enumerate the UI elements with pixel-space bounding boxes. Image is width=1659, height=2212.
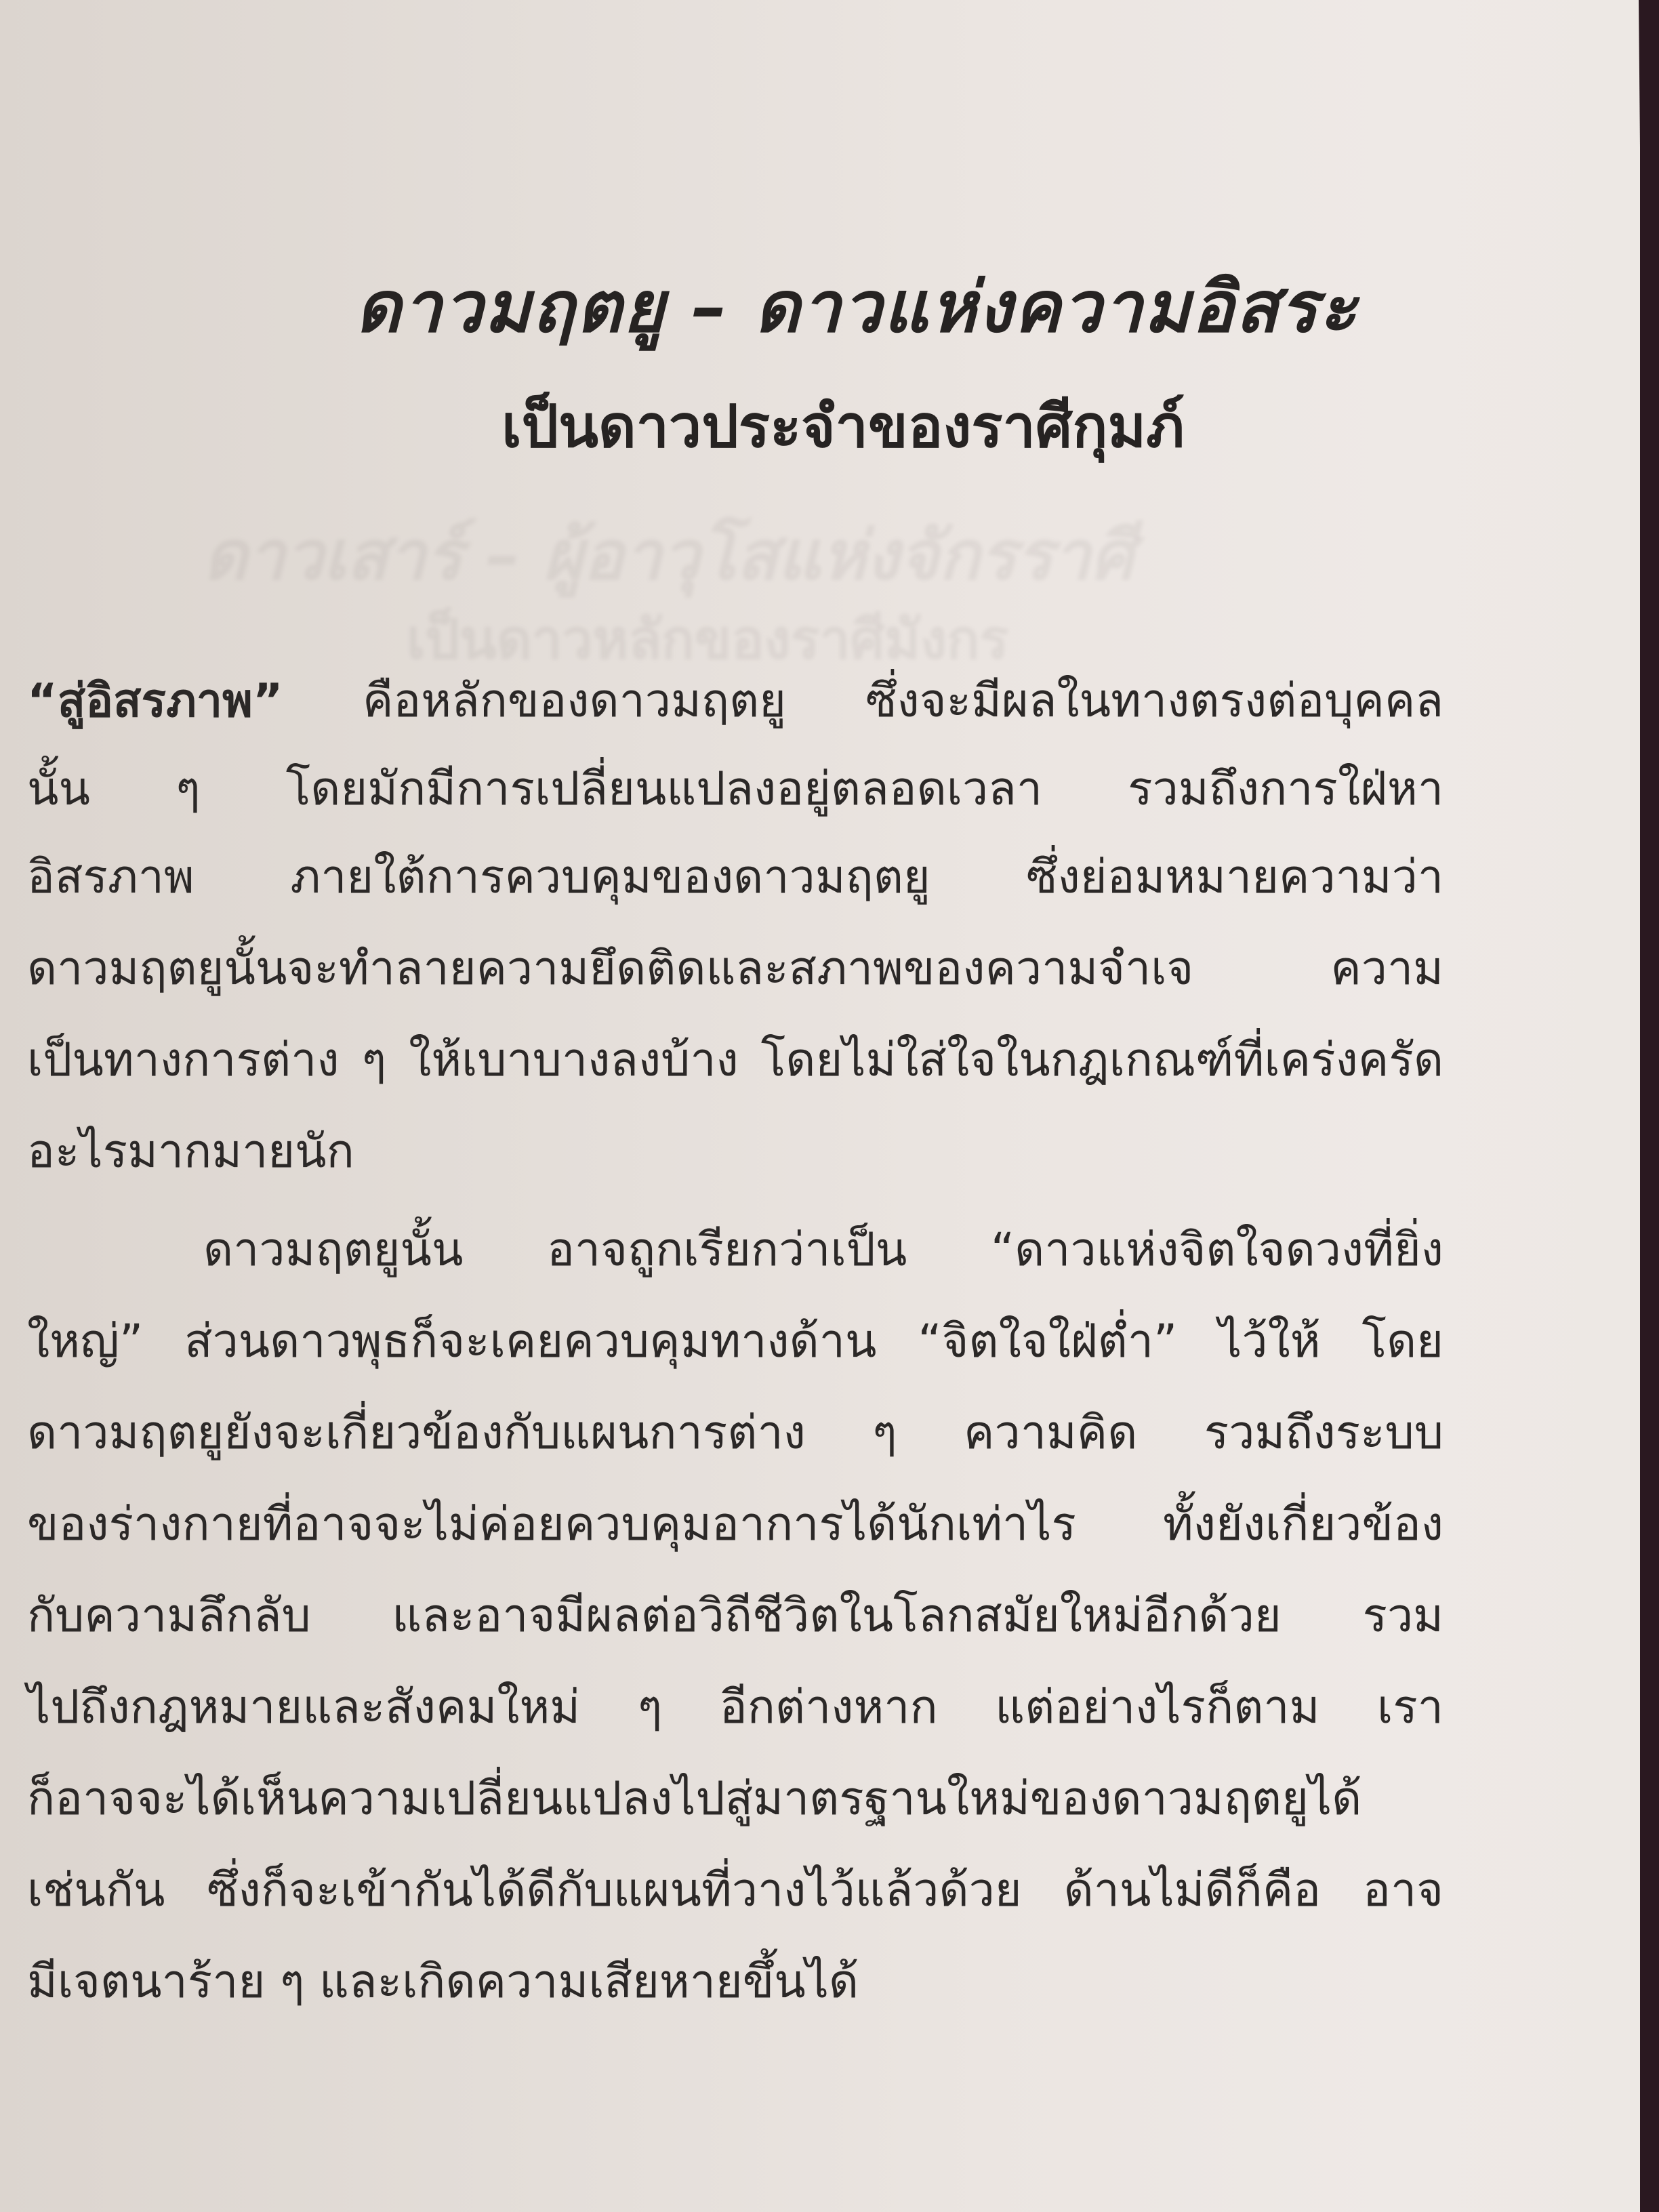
- paragraph-2-line-4: ของร่างกายที่อาจจะไม่ค่อยควบคุมอาการได้น…: [27, 1484, 1443, 1565]
- line-text: คือหลักของดาวมฤตยู ซึ่งจะมีผลในทางตรงต่อ…: [283, 674, 1443, 728]
- paragraph-2-line-9: มีเจตนาร้าย ๆ และเกิดความเสียหายขึ้นได้: [27, 1942, 1443, 2023]
- chapter-title: ดาวมฤตยู – ดาวแห่งความอิสระ: [0, 251, 1659, 363]
- paragraph-2-line-3: ดาวมฤตยูยังจะเกี่ยวข้องกับแผนการต่าง ๆ ค…: [27, 1393, 1443, 1474]
- paragraph-2-line-6: ไปถึงกฎหมายและสังคมใหม่ ๆ อีกต่างหาก แต่…: [27, 1667, 1443, 1748]
- paragraph-1-line-5: เป็นทางการต่าง ๆ ให้เบาบางลงบ้าง โดยไม่ใ…: [27, 1020, 1443, 1101]
- bleed-through-heading: ดาวเสาร์ – ผู้อาวุโสแห่งจักรราศี: [203, 501, 1134, 609]
- book-page: ดาวเสาร์ – ผู้อาวุโสแห่งจักรราศี เป็นดาว…: [0, 0, 1640, 2212]
- paragraph-2-line-2: ใหญ่” ส่วนดาวพุธก็จะเคยควบคุมทางด้าน “จิ…: [27, 1301, 1443, 1382]
- paragraph-1-line-2: นั้น ๆ โดยมักมีการเปลี่ยนแปลงอยู่ตลอดเวล…: [27, 749, 1443, 830]
- paragraph-2-line-8: เช่นกัน ซึ่งก็จะเข้ากันได้ดีกับแผนที่วาง…: [27, 1850, 1443, 1931]
- paragraph-2-line-1: ดาวมฤตยูนั้น อาจถูกเรียกว่าเป็น “ดาวแห่ง…: [27, 1210, 1443, 1291]
- paragraph-1-line-3: อิสรภาพ ภายใต้การควบคุมของดาวมฤตยู ซึ่งย…: [27, 837, 1443, 918]
- chapter-subtitle: เป็นดาวประจำของราศีกุมภ์: [0, 380, 1659, 472]
- paragraph-1-line-1: “สู่อิสรภาพ” คือหลักของดาวมฤตยู ซึ่งจะมี…: [27, 661, 1443, 742]
- paragraph-1-line-6: อะไรมากมายนัก: [27, 1111, 1443, 1193]
- paragraph-2-line-7: ก็อาจจะได้เห็นความเปลี่ยนแปลงไปสู่มาตรฐา…: [27, 1759, 1443, 1840]
- lead-term: “สู่อิสรภาพ”: [27, 674, 283, 728]
- paragraph-1-line-4: ดาวมฤตยูนั้นจะทำลายความยึดติดและสภาพของค…: [27, 928, 1443, 1010]
- paragraph-2-line-5: กับความลึกลับ และอาจมีผลต่อวิถีชีวิตในโล…: [27, 1576, 1443, 1657]
